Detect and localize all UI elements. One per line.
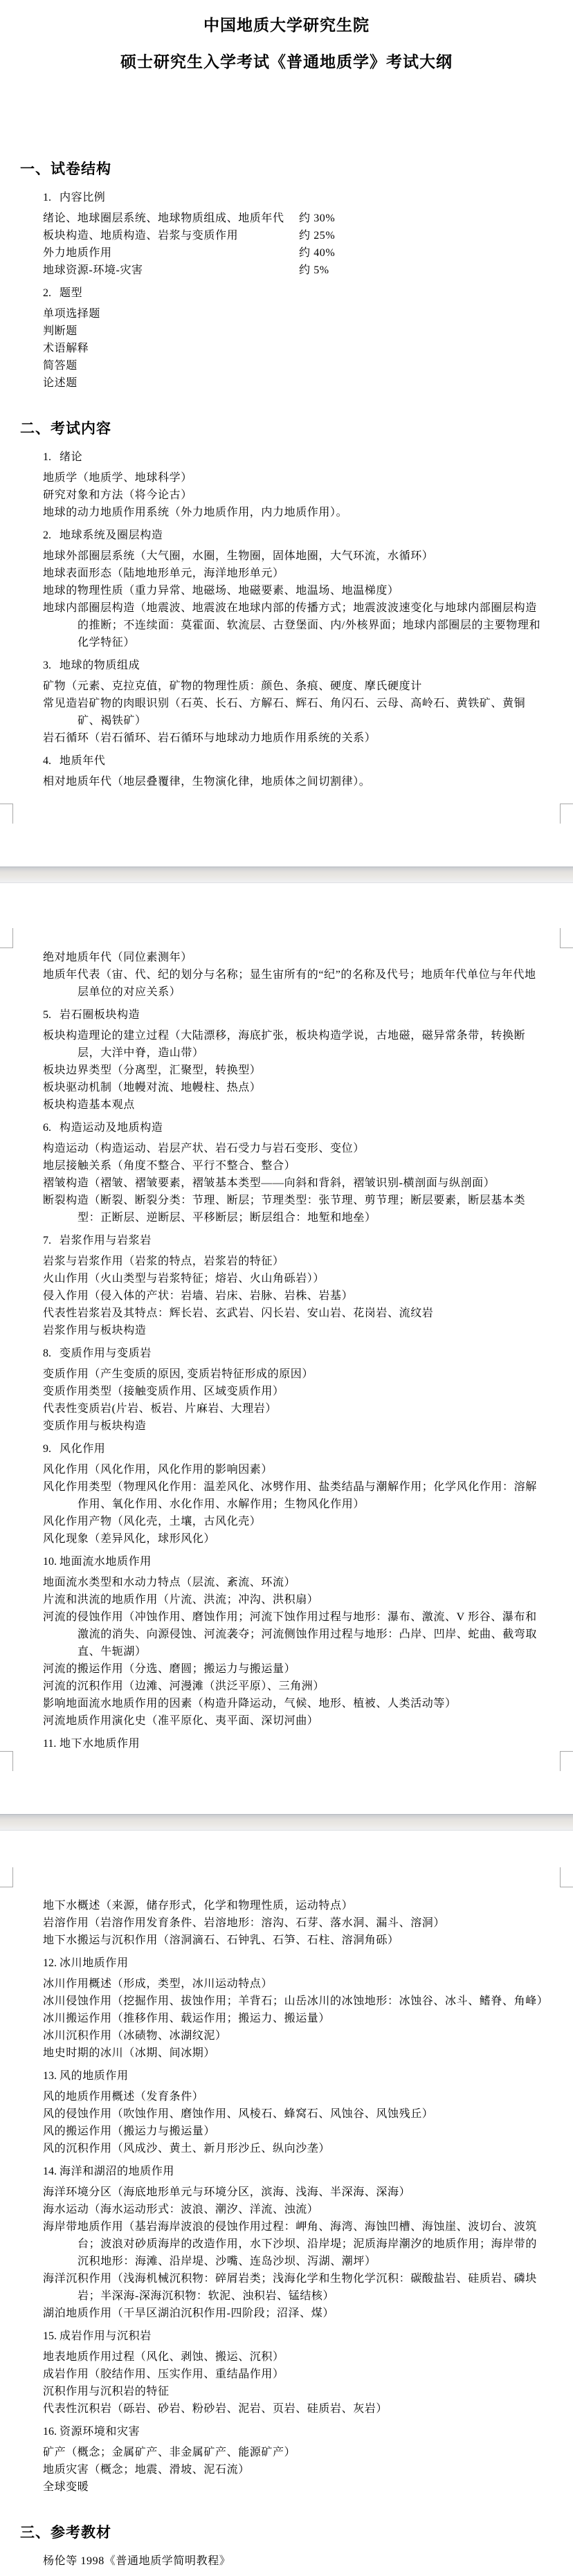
content-line: 研究对象和方法（将今论古） <box>78 487 547 504</box>
page-margin-mark <box>560 928 573 948</box>
content-line: 河流的搬运作用（分选、磨圆；搬运力与搬运量） <box>78 1660 547 1678</box>
content-line: 风化作用产物（风化壳，土壤，古风化壳） <box>78 1513 547 1530</box>
page-margin-mark <box>560 804 573 824</box>
content-line: 海洋沉积作用（浅海机械沉积物：碎屑岩类；浅海化学和生物化学沉积：碳酸盐岩、硅质岩… <box>78 2270 547 2305</box>
item-title: 岩石圈板块构造 <box>60 1009 140 1021</box>
item-number: 14. <box>43 2163 60 2180</box>
content-line: 代表性变质岩(片岩、板岩、片麻岩、大理岩） <box>78 1400 547 1417</box>
item-title: 构造运动及地质构造 <box>60 1122 163 1134</box>
item-title: 成岩作用与沉积岩 <box>60 2330 152 2342</box>
content-line: 影响地面流水地质作用的因素（构造升降运动，气候、地形、植被、人类活动等） <box>78 1695 547 1712</box>
ratio-percent: 约 40% <box>299 244 335 262</box>
content-line: 冰川作用概述（形成，类型，冰川运动特点） <box>78 1975 547 1993</box>
item-heading: 14.海洋和湖沼的地质作用 <box>43 2163 547 2180</box>
content-line: 地下水搬运与沉积作用（溶洞滴石、石钟乳、石笋、石柱、溶洞角砾） <box>78 1932 547 1949</box>
content-line: 地质灾害（概念；地震、滑坡、泥石流） <box>78 2461 547 2478</box>
item-heading: 10.地面流水地质作用 <box>43 1553 547 1570</box>
item-title: 资源环境和灾害 <box>60 2426 140 2438</box>
item-heading: 2.题型 <box>43 284 547 302</box>
item-heading: 3.地球的物质组成 <box>43 657 547 674</box>
item-number: 5. <box>43 1006 60 1024</box>
item-title: 地质年代 <box>60 755 105 767</box>
item-number: 11. <box>43 1735 60 1752</box>
item-title: 地球的物质组成 <box>60 660 140 671</box>
content-line: 风化作用类型（物理风化作用：温差风化、冰劈作用、盐类结晶与潮解作用；化学风化作用… <box>78 1478 547 1513</box>
item-title: 题型 <box>60 287 82 299</box>
content-line: 单项选择题 <box>78 305 547 323</box>
item-number: 15. <box>43 2328 60 2345</box>
content-line: 断裂构造（断裂、断裂分类：节理、断层；节理类型：张节理、剪节理；断层要素，断层基… <box>78 1192 547 1226</box>
ratio-label: 绪论、地球圈层系统、地球物质组成、地质年代 <box>43 210 299 227</box>
ratio-line: 板块构造、地质构造、岩浆与变质作用约 25% <box>43 227 547 244</box>
page-content: 地下水概述（来源，储存形式，化学和物理性质，运动特点）岩溶作用（岩溶作用发育条件… <box>0 1831 573 2570</box>
content-line: 风化现象（差异风化，球形风化） <box>78 1530 547 1548</box>
item-heading: 2.地球系统及圈层构造 <box>43 527 547 544</box>
ratio-label: 外力地质作用 <box>43 244 299 262</box>
page-margin-mark <box>0 1751 13 1771</box>
item-number: 1. <box>43 448 60 466</box>
content-line: 代表性沉积岩（砾岩、砂岩、粉砂岩、泥岩、页岩、硅质岩、灰岩） <box>78 2400 547 2418</box>
content-line: 风化作用（风化作用，风化作用的影响因素） <box>78 1461 547 1478</box>
page-margin-mark <box>0 804 13 824</box>
page-margin-mark <box>0 928 13 948</box>
content-line: 海洋环境分区（海底地形单元与环境分区，滨海、浅海、半深海、深海） <box>78 2184 547 2201</box>
content-line: 板块驱动机制（地幔对流、地幔柱、热点） <box>78 1079 547 1096</box>
content-line: 构造运动（构造运动、岩层产状、岩石受力与岩石变形、变位） <box>78 1140 547 1157</box>
item-title: 变质作用与变质岩 <box>60 1348 152 1359</box>
content-line: 简答题 <box>78 357 547 374</box>
item-heading: 11.地下水地质作用 <box>43 1735 547 1752</box>
page-content: 绝对地质年代（同位素测年）地质年代表（宙、代、纪的划分与名称；显生宙所有的“纪”… <box>0 883 573 1752</box>
item-heading: 1.内容比例 <box>43 189 547 206</box>
page-separator <box>0 1814 573 1831</box>
content-line: 代表性岩浆岩及其特点：辉长岩、玄武岩、闪长岩、安山岩、花岗岩、流纹岩 <box>78 1305 547 1322</box>
item-title: 冰川地质作用 <box>60 1957 129 1969</box>
content-line: 论述题 <box>78 374 547 392</box>
content-line: 冰川搬运作用（推移作用、载运作用；搬运力、搬运量） <box>78 2010 547 2027</box>
item-heading: 8.变质作用与变质岩 <box>43 1345 547 1362</box>
item-heading: 16.资源环境和灾害 <box>43 2423 547 2440</box>
ratio-percent: 约 25% <box>299 227 335 244</box>
content-line: 侵入作用（侵入体的产状：岩墙、岩床、岩脉、岩株、岩基） <box>78 1287 547 1305</box>
section-heading: 二、考试内容 <box>20 419 547 437</box>
item-number: 10. <box>43 1553 60 1570</box>
content-line: 地球表面形态（陆地地形单元，海洋地形单元） <box>78 565 547 582</box>
content-line: 风的侵蚀作用（吹蚀作用、磨蚀作用、风棱石、蜂窝石、风蚀谷、风蚀残丘） <box>78 2105 547 2123</box>
ratio-label: 地球资源-环境-灾害 <box>43 262 299 279</box>
content-line: 海岸带地质作用（基岩海岸波浪的侵蚀作用过程：岬角、海湾、海蚀凹槽、海蚀崖、波切台… <box>78 2218 547 2270</box>
ratio-line: 绪论、地球圈层系统、地球物质组成、地质年代约 30% <box>43 210 547 227</box>
item-heading: 1.绪论 <box>43 448 547 466</box>
item-number: 6. <box>43 1119 60 1136</box>
item-number: 13. <box>43 2067 60 2085</box>
content-line: 河流的沉积作用（边滩、河漫滩（洪泛平原）、三角洲） <box>78 1678 547 1695</box>
content-line: 岩溶作用（岩溶作用发育条件、岩溶地形：溶沟、石芽、落水洞、漏斗、溶洞） <box>78 1914 547 1932</box>
item-heading: 12.冰川地质作用 <box>43 1954 547 1972</box>
item-title: 地下水地质作用 <box>60 1738 140 1750</box>
content-line: 河流的侵蚀作用（冲蚀作用、磨蚀作用；河流下蚀作用过程与地形：瀑布、激流、V 形谷… <box>78 1608 547 1660</box>
content-line: 海水运动（海水运动形式：波浪、潮汐、洋流、浊流） <box>78 2201 547 2218</box>
item-title: 内容比例 <box>60 192 105 203</box>
content-line: 绝对地质年代（同位素测年） <box>78 949 547 966</box>
ratio-label: 板块构造、地质构造、岩浆与变质作用 <box>43 227 299 244</box>
ratio-percent: 约 5% <box>299 262 329 279</box>
content-line: 地表地质作用过程（风化、剥蚀、搬运、沉积） <box>78 2348 547 2366</box>
content-line: 板块构造基本观点 <box>78 1096 547 1114</box>
content-line: 全球变暖 <box>78 2478 547 2496</box>
content-line: 地质年代表（宙、代、纪的划分与名称；显生宙所有的“纪”的名称及代号；地质年代单位… <box>78 966 547 1001</box>
document: 中国地质大学研究生院硕士研究生入学考试《普通地质学》考试大纲一、试卷结构1.内容… <box>0 0 573 2576</box>
ratio-line: 地球资源-环境-灾害约 5% <box>43 262 547 279</box>
item-number: 12. <box>43 1954 60 1972</box>
content-line: 沉积作用与沉积岩的特征 <box>78 2383 547 2400</box>
section-heading: 一、试卷结构 <box>20 160 547 178</box>
item-number: 3. <box>43 657 60 674</box>
content-line: 岩石循环（岩石循环、岩石循环与地球动力地质作用系统的关系） <box>78 729 547 747</box>
content-line: 变质作用（产生变质的原因, 变质岩特征形成的原因） <box>78 1366 547 1383</box>
content-line: 判断题 <box>78 323 547 340</box>
item-number: 9. <box>43 1440 60 1458</box>
page-margin-mark <box>560 1867 573 1887</box>
content-line: 地球的动力地质作用系统（外力地质作用，内力地质作用）。 <box>78 504 547 521</box>
content-line: 岩浆作用与板块构造 <box>78 1322 547 1339</box>
content-line: 矿产（概念；金属矿产、非金属矿产、能源矿产） <box>78 2444 547 2461</box>
item-heading: 7.岩浆作用与岩浆岩 <box>43 1232 547 1249</box>
item-title: 岩浆作用与岩浆岩 <box>60 1235 152 1246</box>
item-heading: 5.岩石圈板块构造 <box>43 1006 547 1024</box>
item-number: 8. <box>43 1345 60 1362</box>
content-line: 地质学（地质学、地球科学） <box>78 469 547 487</box>
content-line: 地下水概述（来源，储存形式，化学和物理性质，运动特点） <box>78 1897 547 1914</box>
content-line: 地面流水类型和水动力特点（层流、紊流、环流） <box>78 1574 547 1591</box>
page: 中国地质大学研究生院硕士研究生入学考试《普通地质学》考试大纲一、试卷结构1.内容… <box>0 0 573 867</box>
content-line: 冰川沉积作用（冰碛物、冰湖纹泥） <box>78 2027 547 2044</box>
item-heading: 6.构造运动及地质构造 <box>43 1119 547 1136</box>
content-line: 风的搬运作用（搬运力与搬运量） <box>78 2123 547 2140</box>
content-line: 成岩作用（胶结作用、压实作用、重结晶作用） <box>78 2366 547 2383</box>
content-line: 冰川侵蚀作用（挖掘作用、拔蚀作用；羊背石；山岳冰川的冰蚀地形：冰蚀谷、冰斗、鳍脊… <box>78 1993 547 2010</box>
item-number: 4. <box>43 752 60 770</box>
page: 绝对地质年代（同位素测年）地质年代表（宙、代、纪的划分与名称；显生宙所有的“纪”… <box>0 883 573 1814</box>
content-line: 常见造岩矿物的肉眼识别（石英、长石、方解石、辉石、角闪石、云母、高岭石、黄铁矿、… <box>78 695 547 729</box>
content-line: 地球的物理性质（重力异常、地磁场、地磁要素、地温场、地温梯度） <box>78 582 547 599</box>
ratio-line: 外力地质作用约 40% <box>43 244 547 262</box>
content-line: 褶皱构造（褶皱、褶皱要素，褶皱基本类型——向斜和背斜，褶皱识别-横剖面与纵剖面） <box>78 1174 547 1192</box>
page-separator <box>0 867 573 883</box>
item-title: 绪论 <box>60 451 82 463</box>
item-title: 地面流水地质作用 <box>60 1556 152 1568</box>
item-number: 7. <box>43 1232 60 1249</box>
doc-title: 硕士研究生入学考试《普通地质学》考试大纲 <box>0 52 573 73</box>
content-line: 板块边界类型（分离型，汇聚型，转换型） <box>78 1062 547 1079</box>
item-title: 海洋和湖沼的地质作用 <box>60 2166 174 2177</box>
item-title: 风的地质作用 <box>60 2070 129 2082</box>
content-line: 杨伦等 1998《普通地质学简明教程》 <box>78 2552 547 2570</box>
content-line: 湖泊地质作用（干旱区湖泊沉积作用-四阶段；沼泽、煤） <box>78 2305 547 2322</box>
page-margin-mark <box>560 1751 573 1771</box>
content-line: 矿物（元素、克拉克值，矿物的物理性质：颜色、条痕、硬度、摩氏硬度计 <box>78 678 547 695</box>
content-line: 风的地质作用概述（发育条件） <box>78 2088 547 2105</box>
content-line: 风的沉积作用（风成沙、黄土、新月形沙丘、纵向沙垄） <box>78 2140 547 2157</box>
item-heading: 9.风化作用 <box>43 1440 547 1458</box>
item-heading: 4.地质年代 <box>43 752 547 770</box>
section-heading: 三、参考教材 <box>20 2523 547 2541</box>
item-number: 2. <box>43 284 60 302</box>
content-line: 相对地质年代（地层叠覆律，生物演化律，地质体之间切割律）。 <box>78 773 547 790</box>
item-number: 1. <box>43 189 60 206</box>
page: 地下水概述（来源，储存形式，化学和物理性质，运动特点）岩溶作用（岩溶作用发育条件… <box>0 1831 573 2576</box>
content-line: 变质作用类型（接触变质作用、区域变质作用） <box>78 1383 547 1400</box>
content-line: 地球内部圈层构造（地震波、地震波在地球内部的传播方式；地震波波速变化与地球内部圈… <box>78 599 547 651</box>
content-line: 火山作用（火山类型与岩浆特征；熔岩、火山角砾岩）） <box>78 1270 547 1287</box>
item-heading: 13.风的地质作用 <box>43 2067 547 2085</box>
content-line: 岩浆与岩浆作用（岩浆的特点，岩浆岩的特征） <box>78 1253 547 1270</box>
ratio-percent: 约 30% <box>299 210 335 227</box>
item-number: 16. <box>43 2423 60 2440</box>
content-line: 板块构造理论的建立过程（大陆漂移，海底扩张，板块构造学说，古地磁，磁异常条带，转… <box>78 1027 547 1062</box>
content-line: 术语解释 <box>78 340 547 357</box>
content-line: 地球外部圈层系统（大气圈，水圈，生物圈，固体地圈，大气环流，水循环） <box>78 547 547 565</box>
content-line: 变质作用与板块构造 <box>78 1417 547 1435</box>
item-title: 地球系统及圈层构造 <box>60 529 163 541</box>
item-number: 2. <box>43 527 60 544</box>
page-content: 中国地质大学研究生院硕士研究生入学考试《普通地质学》考试大纲一、试卷结构1.内容… <box>0 0 573 790</box>
page-margin-mark <box>0 1867 13 1887</box>
doc-title: 中国地质大学研究生院 <box>0 15 573 36</box>
content-line: 片流和洪流的地质作用（片流、洪流；冲沟、洪积扇） <box>78 1591 547 1608</box>
content-line: 地史时期的冰川（冰期、间冰期） <box>78 2044 547 2062</box>
content-line: 地层接触关系（角度不整合、平行不整合、整合） <box>78 1157 547 1174</box>
item-heading: 15.成岩作用与沉积岩 <box>43 2328 547 2345</box>
item-title: 风化作用 <box>60 1443 105 1455</box>
content-line: 河流地质作用演化史（准平原化、夷平面、深切河曲） <box>78 1712 547 1730</box>
